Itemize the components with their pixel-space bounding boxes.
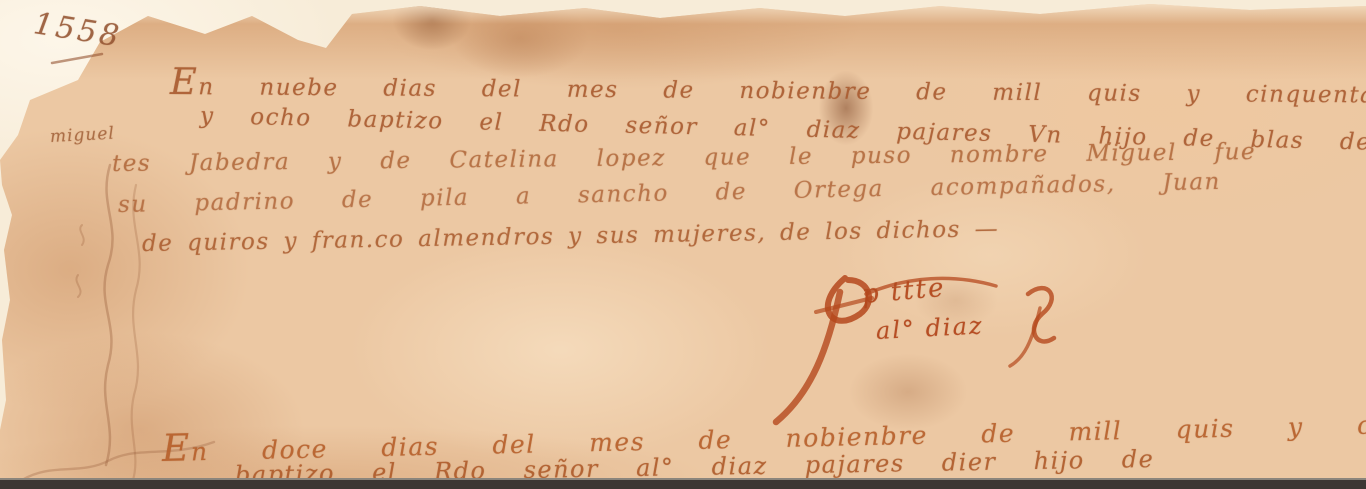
margin-name-note: miguel — [49, 124, 115, 147]
scan-edge-bar — [0, 478, 1366, 489]
folio-underline-stroke — [50, 52, 110, 66]
scanned-manuscript: 1558 miguel En nuebe dias del mes de nob… — [0, 0, 1366, 489]
signature-name: al° diaz — [875, 311, 984, 345]
entry1-line1: En nuebe dias del mes de nobienbre de mi… — [170, 60, 1366, 111]
folio-mark: 1558 — [31, 6, 124, 54]
